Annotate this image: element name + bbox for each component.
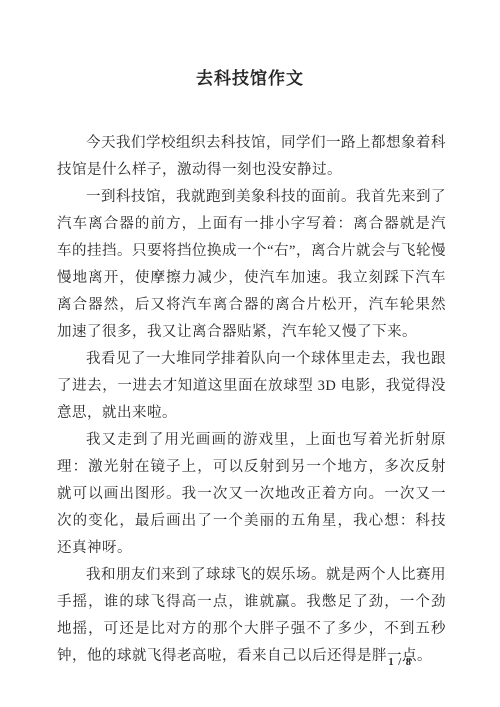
document-page: 去科技馆作文 今天我们学校组织去科技馆，同学们一路上都想象着科技馆是什么样子，激…: [0, 0, 500, 707]
essay-paragraph: 我又走到了用光画画的游戏里，上面也写着光折射原理：激光射在镜子上，可以反射到另一…: [57, 427, 446, 562]
essay-title: 去科技馆作文: [0, 0, 500, 90]
essay-paragraph: 我看见了一大堆同学排着队向一个球体里走去，我也跟了进去，一进去才知道这里面在放球…: [57, 346, 446, 427]
essay-body: 今天我们学校组织去科技馆，同学们一路上都想象着科技馆是什么样子，激动得一刻也没安…: [57, 130, 446, 670]
essay-paragraph: 我和朋友们来到了球球飞的娱乐场。就是两个人比赛用手摇，谁的球飞得高一点，谁就赢。…: [57, 562, 446, 670]
essay-paragraph: 今天我们学校组织去科技馆，同学们一路上都想象着科技馆是什么样子，激动得一刻也没安…: [57, 130, 446, 184]
page-number: 1 / 8: [388, 657, 412, 668]
essay-paragraph: 一到科技馆，我就跑到美象科技的面前。我首先来到了汽车离合器的前方，上面有一排小字…: [57, 184, 446, 346]
